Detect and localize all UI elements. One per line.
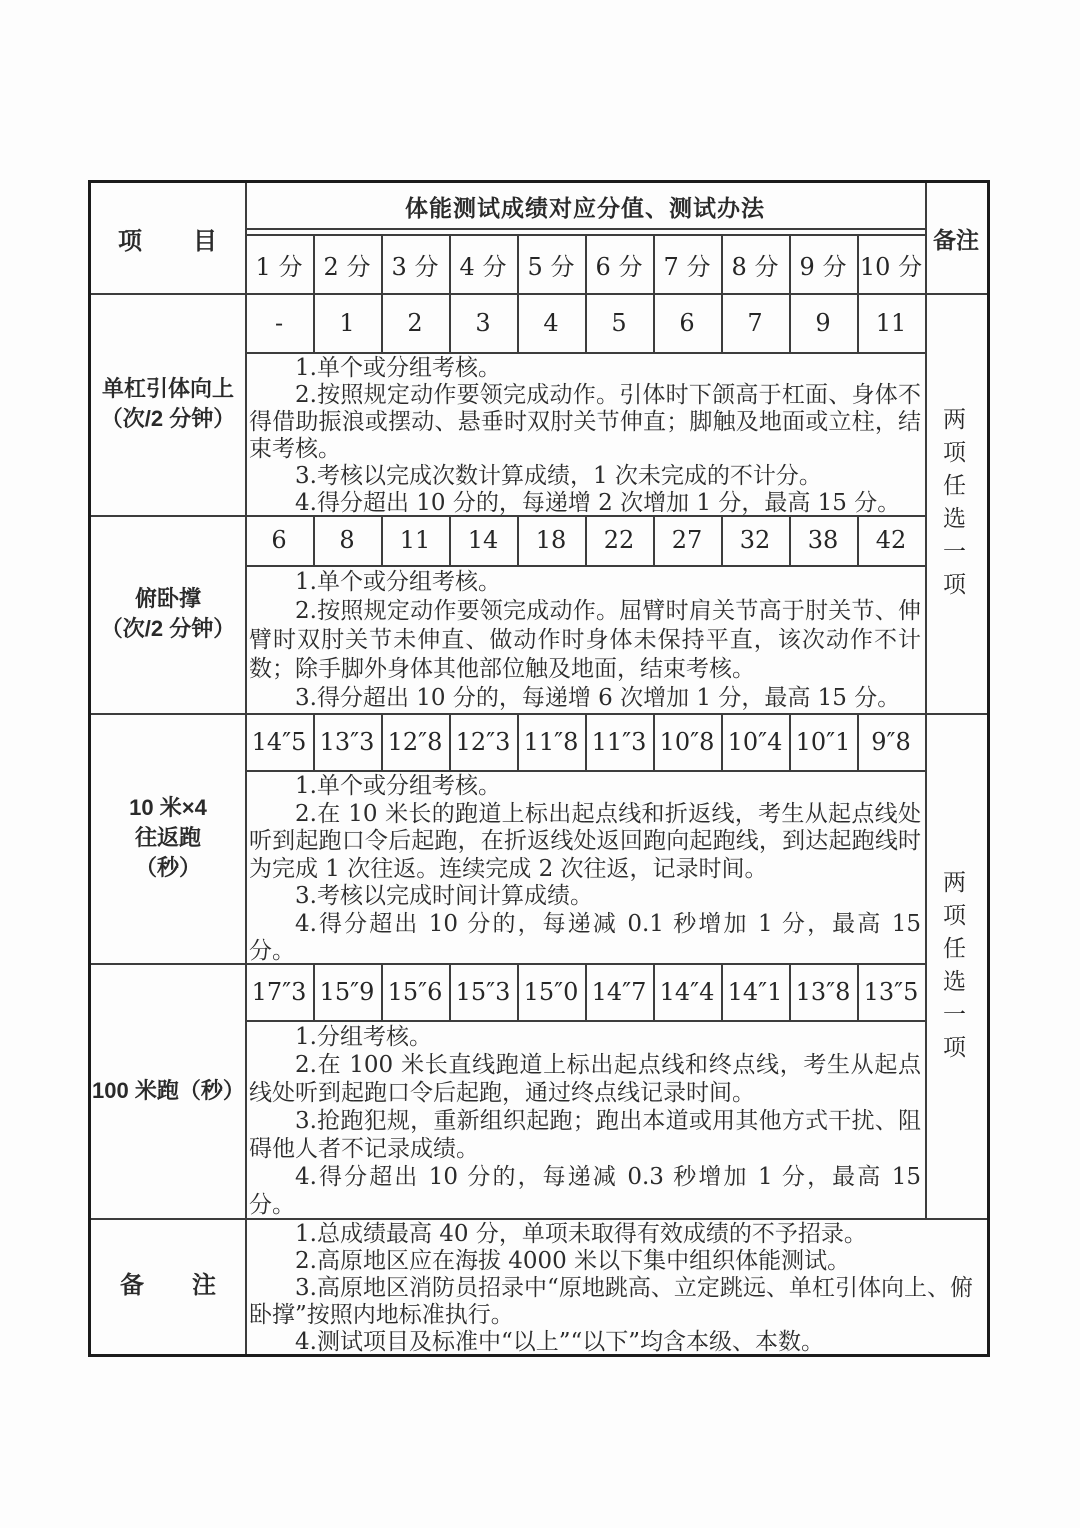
value-cell: 22 <box>585 515 653 565</box>
score-col-header: 1 分 <box>245 236 313 293</box>
value-cell: 14″7 <box>585 963 653 1020</box>
note-line: 2.高原地区应在海拔 4000 米以下集中组织体能测试。 <box>249 1248 973 1275</box>
note-line: 3.高原地区消防员招录中“原地跳高、立定跳远、单杠引体向上、俯卧撑”按照内地标准… <box>249 1275 973 1329</box>
value-cell: 7 <box>721 293 789 352</box>
score-col-header: 4 分 <box>449 236 517 293</box>
note-line: 2.按照规定动作要领完成动作。屈臂时肩关节高于肘关节、伸臂时双肘关节未伸直、做动… <box>249 597 921 684</box>
value-cell: 15″0 <box>517 963 585 1020</box>
note-line: 3.考核以完成时间计算成绩。 <box>249 883 921 911</box>
score-col-header: 10 分 <box>857 236 925 293</box>
value-cell: 13″8 <box>789 963 857 1020</box>
note-line: 2.在 100 米长直线跑道上标出起点线和终点线，考生从起点线处听到起跑口令后起… <box>249 1051 921 1107</box>
value-cell: 10″1 <box>789 713 857 770</box>
value-cell: 4 <box>517 293 585 352</box>
fitness-test-table: 项 目 体能测试成绩对应分值、测试办法 备注 1 分 2 分 3 分 4 分 5… <box>88 180 990 1357</box>
header-remark-label: 备注 <box>925 183 987 293</box>
value-cell: 8 <box>313 515 381 565</box>
row-label-shuttle-run: 10 米×4 往返跑 （秒） <box>91 713 245 963</box>
value-cell: 1 <box>313 293 381 352</box>
note-line: 2.按照规定动作要领完成动作。引体时下颌高于杠面、身体不得借助振浪或摆动、悬垂时… <box>249 382 921 463</box>
row-label-100m-run: 100 米跑（秒） <box>91 963 245 1218</box>
value-cell: 6 <box>245 515 313 565</box>
value-cell: 18 <box>517 515 585 565</box>
value-cell: 15″3 <box>449 963 517 1020</box>
remark-choose-one-of-two-group1: 两项任选一项 <box>925 293 987 713</box>
note-line: 2.在 10 米长的跑道上标出起点线和折返线，考生从起点线处听到起跑口令后起跑，… <box>249 801 921 884</box>
note-line: 4.得分超出 10 分的，每递减 0.3 秒增加 1 分，最高 15 分。 <box>249 1163 921 1218</box>
note-line: 3.得分超出 10 分的，每递增 6 次增加 1 分，最高 15 分。 <box>249 684 921 713</box>
value-cell: - <box>245 293 313 352</box>
general-remarks-notes: 1.总成绩最高 40 分，单项未取得有效成绩的不予招录。 2.高原地区应在海拔 … <box>245 1218 987 1354</box>
score-col-header: 8 分 <box>721 236 789 293</box>
value-cell: 15″6 <box>381 963 449 1020</box>
value-cell: 10″4 <box>721 713 789 770</box>
value-cell: 13″3 <box>313 713 381 770</box>
document-page: 项 目 体能测试成绩对应分值、测试办法 备注 1 分 2 分 3 分 4 分 5… <box>0 0 1080 1528</box>
note-line: 4.测试项目及标准中“以上”“以下”均含本级、本数。 <box>249 1329 973 1354</box>
value-cell: 13″5 <box>857 963 925 1020</box>
value-cell: 11″3 <box>585 713 653 770</box>
value-cell: 10″8 <box>653 713 721 770</box>
note-line: 1.单个或分组考核。 <box>249 355 921 382</box>
note-line: 4.得分超出 10 分的，每递增 2 次增加 1 分，最高 15 分。 <box>249 490 921 515</box>
value-cell: 11 <box>381 515 449 565</box>
test-method-notes-100m-run: 1.分组考核。 2.在 100 米长直线跑道上标出起点线和终点线，考生从起点线处… <box>245 1020 925 1218</box>
value-cell: 5 <box>585 293 653 352</box>
value-cell: 14″5 <box>245 713 313 770</box>
note-line: 1.单个或分组考核。 <box>249 568 921 597</box>
value-cell: 32 <box>721 515 789 565</box>
test-method-notes-pushups: 1.单个或分组考核。 2.按照规定动作要领完成动作。屈臂时肩关节高于肘关节、伸臂… <box>245 565 925 713</box>
value-cell: 11 <box>857 293 925 352</box>
value-cell: 2 <box>381 293 449 352</box>
value-cell: 14″1 <box>721 963 789 1020</box>
score-col-header: 7 分 <box>653 236 721 293</box>
value-cell: 12″8 <box>381 713 449 770</box>
test-method-notes-pullups: 1.单个或分组考核。 2.按照规定动作要领完成动作。引体时下颌高于杠面、身体不得… <box>245 352 925 515</box>
value-cell: 14″4 <box>653 963 721 1020</box>
note-line: 1.总成绩最高 40 分，单项未取得有效成绩的不予招录。 <box>249 1221 973 1248</box>
note-line: 3.抢跑犯规，重新组织起跑；跑出本道或用其他方式干扰、阻碍他人者不记录成绩。 <box>249 1107 921 1163</box>
value-cell: 38 <box>789 515 857 565</box>
value-cell: 9 <box>789 293 857 352</box>
note-line: 4.得分超出 10 分的，每递减 0.1 秒增加 1 分，最高 15 分。 <box>249 911 921 964</box>
value-cell: 3 <box>449 293 517 352</box>
score-col-header: 6 分 <box>585 236 653 293</box>
row-label-pushups: 俯卧撑 （次/2 分钟） <box>91 515 245 713</box>
score-col-header: 2 分 <box>313 236 381 293</box>
value-cell: 11″8 <box>517 713 585 770</box>
note-line: 3.考核以完成次数计算成绩，1 次未完成的不计分。 <box>249 463 921 490</box>
header-item-label: 项 目 <box>91 183 245 293</box>
score-col-header: 3 分 <box>381 236 449 293</box>
value-cell: 15″9 <box>313 963 381 1020</box>
note-line: 1.单个或分组考核。 <box>249 773 921 801</box>
header-main-title: 体能测试成绩对应分值、测试办法 <box>245 183 925 230</box>
row-label-remarks: 备 注 <box>91 1218 245 1354</box>
value-cell: 27 <box>653 515 721 565</box>
value-cell: 9″8 <box>857 713 925 770</box>
note-line: 1.分组考核。 <box>249 1023 921 1051</box>
remark-choose-one-of-two-group2: 两项任选一项 <box>925 713 987 1218</box>
value-cell: 12″3 <box>449 713 517 770</box>
test-method-notes-shuttle-run: 1.单个或分组考核。 2.在 10 米长的跑道上标出起点线和折返线，考生从起点线… <box>245 770 925 963</box>
value-cell: 6 <box>653 293 721 352</box>
value-cell: 14 <box>449 515 517 565</box>
score-col-header: 5 分 <box>517 236 585 293</box>
value-cell: 42 <box>857 515 925 565</box>
row-label-pullups: 单杠引体向上 （次/2 分钟） <box>91 293 245 515</box>
value-cell: 17″3 <box>245 963 313 1020</box>
score-col-header: 9 分 <box>789 236 857 293</box>
